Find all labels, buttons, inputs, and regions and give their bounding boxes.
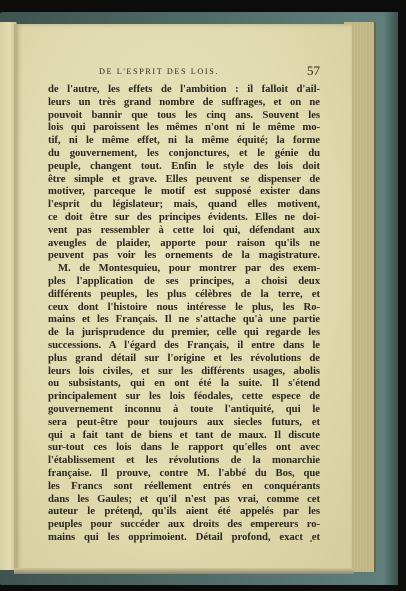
text-line: française. Il prouve, contre M. l'abbé d… bbox=[48, 467, 320, 480]
ink-speck bbox=[310, 540, 312, 542]
body-text: de l'autre, les effets de l'ambition : i… bbox=[48, 83, 320, 544]
text-line: leurs un très grand nombre de suffrages,… bbox=[48, 96, 320, 109]
text-line: l'établissement et les révolutions de la… bbox=[48, 454, 320, 467]
text-line: peuvent pas voir les ornements de la mag… bbox=[48, 249, 320, 262]
ink-speck bbox=[132, 512, 134, 518]
text-line: mains et les Français. Il ne s'attache q… bbox=[48, 313, 320, 326]
text-line: gouvernement inconnu à toute l'antiquité… bbox=[48, 403, 320, 416]
running-head: DE L'ESPRIT DES LOIS. 57 bbox=[44, 66, 320, 80]
text-line: leurs lois civiles, et sur les différent… bbox=[48, 365, 320, 378]
text-line: de l'autre, les effets de l'ambition : i… bbox=[48, 83, 320, 96]
text-line: dans les Gaules; et qu'il n'est pas vrai… bbox=[48, 493, 320, 506]
text-line: principalement sur les lois féodales, ce… bbox=[48, 390, 320, 403]
page-number: 57 bbox=[307, 63, 320, 79]
text-line: être simple et grave. Elles peuvent se d… bbox=[48, 173, 320, 186]
text-line: qui a fait tant de biens et tant de maux… bbox=[48, 429, 320, 442]
text-line: motiver, parceque le motif est supposé e… bbox=[48, 185, 320, 198]
paragraph-start-line: M. de Montesquieu, pour montrer par des … bbox=[48, 262, 320, 275]
text-line: du gouvernement, les conjonctures, et le… bbox=[48, 147, 320, 160]
text-line: peuples pour succéder aux droits des emp… bbox=[48, 518, 320, 531]
text-line: différents peuples, les plus célèbres de… bbox=[48, 288, 320, 301]
text-line: vent pas ressembler à cette loi qui, déf… bbox=[48, 224, 320, 237]
running-head-title: DE L'ESPRIT DES LOIS. bbox=[99, 67, 219, 76]
text-line: tif, ni le même effet, ni la même équité… bbox=[48, 134, 320, 147]
text-line: peuple, changent tout. Enfin le style de… bbox=[48, 160, 320, 173]
text-line: ce doit être sur des principes évidents.… bbox=[48, 211, 320, 224]
text-line: lois qui paroissent les mêmes n'ont ni l… bbox=[48, 121, 320, 134]
text-line: ples l'application de ses principes, a c… bbox=[48, 275, 320, 288]
text-line: mains qui les opprimoient. Détail profon… bbox=[48, 531, 320, 544]
ink-speck bbox=[63, 521, 64, 524]
text-line: pouvoit bannir que tous les cinq ans. So… bbox=[48, 109, 320, 122]
text-line: successions. A l'égard des Français, il … bbox=[48, 339, 320, 352]
text-line: ou subsistants, qui en ont été la suite.… bbox=[48, 377, 320, 390]
page-bottom-edge bbox=[14, 568, 354, 574]
text-line: les Francs sont réellement entrés en con… bbox=[48, 480, 320, 493]
cover-edge bbox=[384, 12, 398, 585]
text-line: de la jurisprudence du premier, celle qu… bbox=[48, 326, 320, 339]
text-line: plus grand détail sur l'origine et les r… bbox=[48, 352, 320, 365]
text-line: aveugles de plaider, apporte pour raison… bbox=[48, 237, 320, 250]
text-line: sur-tout ces lois dans le rapport qu'ell… bbox=[48, 441, 320, 454]
text-line: sera peut-être pour toujours aux siecles… bbox=[48, 416, 320, 429]
text-line: l'esprit du législateur; mais, quand ell… bbox=[48, 198, 320, 211]
text-line: ceux dont l'histoire nous intéresse le p… bbox=[48, 301, 320, 314]
text-line: auteur le prétend, qu'ils aient été appe… bbox=[48, 505, 320, 518]
